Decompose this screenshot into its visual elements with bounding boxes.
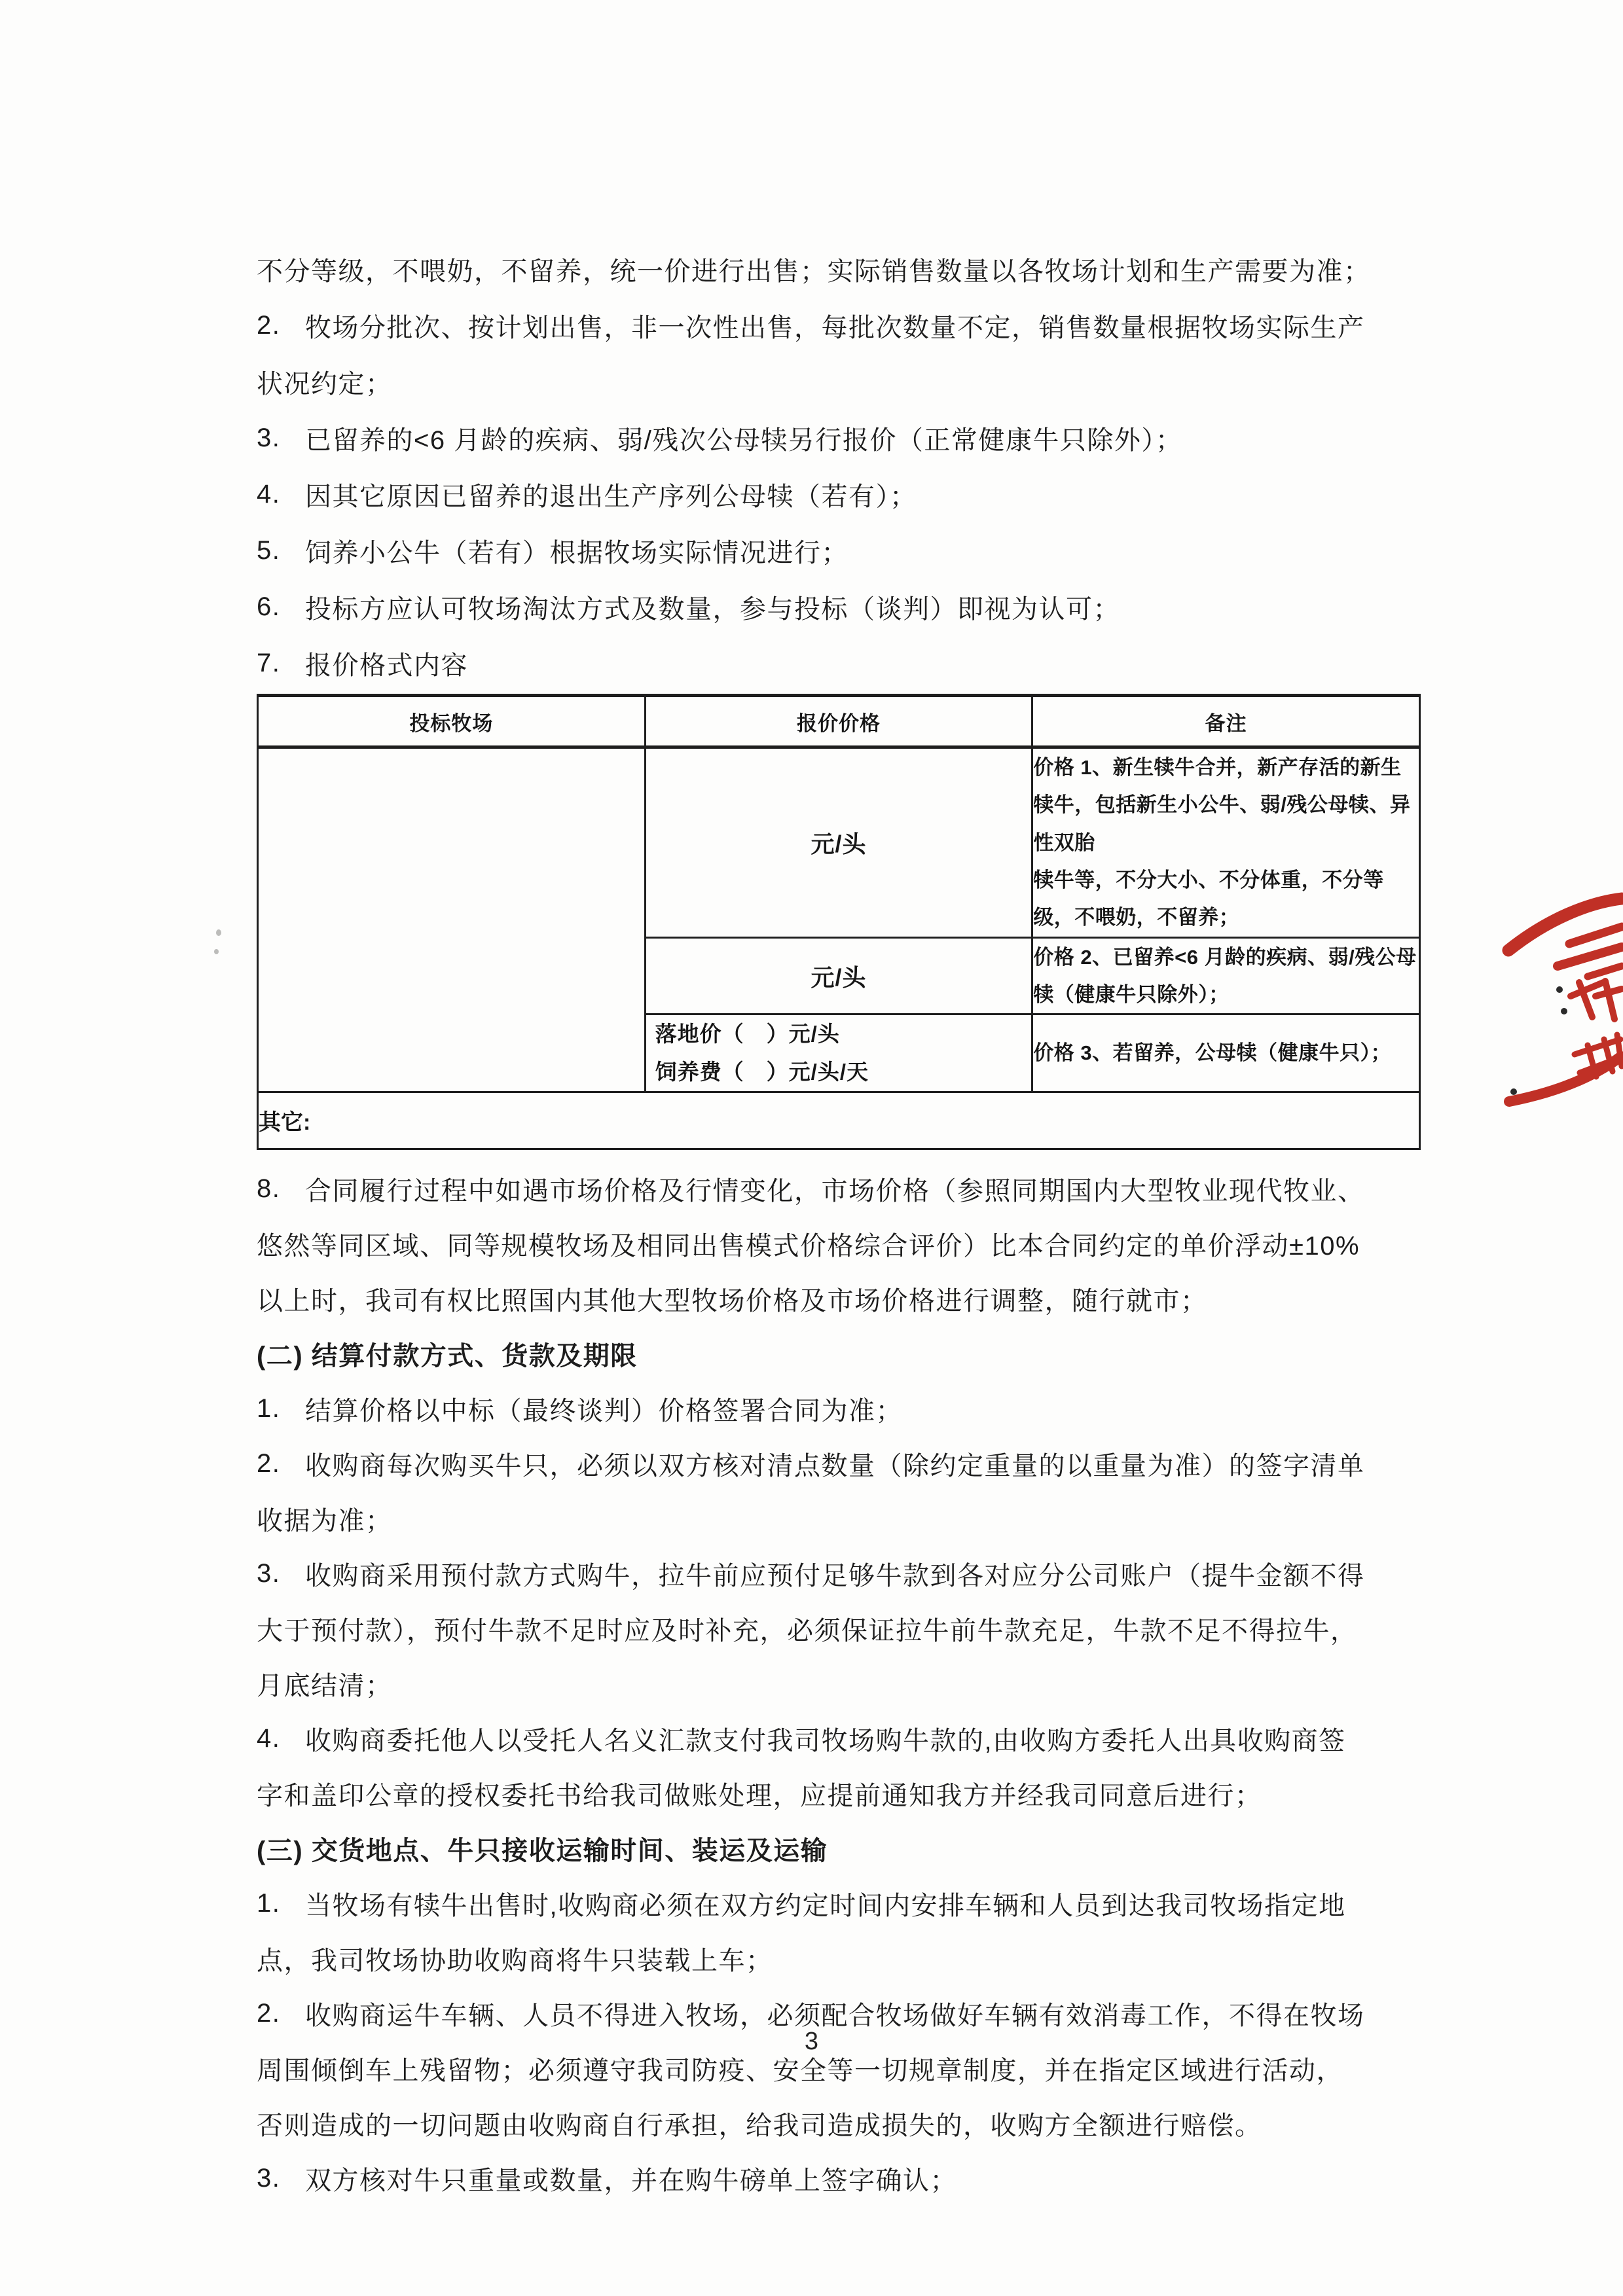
item-number: 6.: [257, 592, 305, 622]
line-text: 因其它原因已留养的退出生产序列公母犊（若有）；: [305, 476, 917, 513]
line-text: 合同履行过程中如遇市场价格及行情变化，市场价格（参照同期国内大型牧业现代牧业、: [305, 1170, 1365, 1208]
paragraph-line: 悠然等同区域、同等规模牧场及相同出售模式价格综合评价）比本合同约定的单价浮动±1…: [257, 1217, 1417, 1272]
paragraph-line: 2.收购商每次购买牛只，必须以双方核对清点数量（除约定重量的以重量为准）的签字清…: [257, 1437, 1417, 1492]
item-number: 1.: [257, 1394, 305, 1424]
item-number: 8.: [257, 1174, 305, 1204]
contract-body-text: 不分等级，不喂奶，不留养，统一价进行出售；实际销售数量以各牧场计划和生产需要为准…: [257, 241, 1417, 2206]
item-number: 3.: [257, 1559, 305, 1588]
price-cell: 元/头: [645, 747, 1032, 938]
line-text: 收购商委托他人以受托人名义汇款支付我司牧场购牛款的,由收购方委托人出具收购商签: [305, 1720, 1346, 1757]
paragraph-line: 2.牧场分批次、按计划出售，非一次性出售，每批次数量不定，销售数量根据牧场实际生…: [257, 297, 1417, 353]
item-number: 2.: [257, 1999, 305, 2028]
line-text: 结算价格以中标（最终谈判）价格签署合同为准；: [305, 1390, 903, 1427]
paragraph-line: 字和盖印公章的授权委托书给我司做账处理，应提前通知我方并经我司同意后进行；: [257, 1767, 1417, 1821]
line-text: 点，我司牧场协助收购商将牛只装载上车；: [257, 1940, 773, 1977]
price-cell-landed-price: 落地价（ ）元/头 饲养费（ ）元/头/天: [645, 1014, 1032, 1092]
paragraph-line: 收据为准；: [257, 1492, 1417, 1547]
line-text: 以上时，我司有权比照国内其他大型牧场价格及市场价格进行调整，随行就市；: [257, 1280, 1208, 1318]
note-cell: 价格 2、已留养<6 月龄的疾病、弱/残公母犊（健康牛只除外）；: [1032, 937, 1420, 1014]
line-text: 饲养小公牛（若有）根据牧场实际情况进行；: [305, 532, 848, 569]
line-text: 否则造成的一切问题由收购商自行承担，给我司造成损失的，收购方全额进行赔偿。: [257, 2105, 1262, 2142]
line-text: 月底结清；: [257, 1665, 393, 1702]
paragraph-line: 月底结清；: [257, 1657, 1417, 1712]
line-text: (三) 交货地点、牛只接收运输时间、装运及运输: [257, 1830, 828, 1867]
note-cell: 价格 1、新生犊牛合并，新产存活的新生犊牛，包括新生小公牛、弱/残公母犊、异性双…: [1032, 747, 1420, 938]
item-number: 4.: [257, 480, 305, 509]
paragraph-line: 否则造成的一切问题由收购商自行承担，给我司造成损失的，收购方全额进行赔偿。: [257, 2096, 1417, 2151]
line-text: 状况约定；: [257, 363, 393, 401]
item-number: 3.: [257, 2164, 305, 2193]
note-cell: 价格 3、若留养，公母犊（健康牛只）；: [1032, 1014, 1420, 1092]
line-text: 投标方应认可牧场淘汰方式及数量，参与投标（谈判）即视为认可；: [305, 588, 1120, 626]
paragraph-line: 7.报价格式内容: [257, 635, 1417, 691]
line-text: 双方核对牛只重量或数量，并在购牛磅单上签字确认；: [305, 2160, 957, 2197]
line-text: 收据为准；: [257, 1500, 393, 1537]
line-text: 报价格式内容: [305, 645, 468, 682]
table-footer-row: 其它:: [258, 1092, 1420, 1149]
paragraph-line: 点，我司牧场协助收购商将牛只装载上车；: [257, 1931, 1417, 1986]
paragraph-line: 6.投标方应认可牧场淘汰方式及数量，参与投标（谈判）即视为认可；: [257, 579, 1417, 635]
section-heading: (三) 交货地点、牛只接收运输时间、装运及运输: [257, 1821, 1417, 1876]
paragraph-line: 以上时，我司有权比照国内其他大型牧场价格及市场价格进行调整，随行就市；: [257, 1272, 1417, 1327]
scan-speck: [214, 949, 219, 954]
item-number: 4.: [257, 1724, 305, 1753]
line-text: 牧场分批次、按计划出售，非一次性出售，每批次数量不定，销售数量根据牧场实际生产: [305, 307, 1365, 344]
line-text: 不分等级，不喂奶，不留养，统一价进行出售；实际销售数量以各牧场计划和生产需要为准…: [257, 251, 1371, 288]
item-number: 5.: [257, 536, 305, 565]
paragraph-line: 4.收购商委托他人以受托人名义汇款支付我司牧场购牛款的,由收购方委托人出具收购商…: [257, 1712, 1417, 1767]
item-number: 1.: [257, 1889, 305, 1918]
line-text: 收购商采用预付款方式购牛，拉牛前应预付足够牛款到各对应分公司账户（提牛金额不得: [305, 1555, 1365, 1592]
paragraph-line: 状况约定；: [257, 353, 1417, 410]
item-number: 2.: [257, 311, 305, 340]
line-text: 大于预付款），预付牛款不足时应及时补充，必须保证拉牛前牛款充足，牛款不足不得拉牛…: [257, 1610, 1358, 1647]
table-header-note: 备注: [1032, 696, 1420, 747]
table-header-farm: 投标牧场: [258, 696, 646, 747]
item-number: 7.: [257, 649, 305, 678]
line-text: 收购商每次购买牛只，必须以双方核对清点数量（除约定重量的以重量为准）的签字清单: [305, 1445, 1365, 1482]
item-number: 3.: [257, 423, 305, 453]
page-number: 3: [0, 2028, 1623, 2056]
paragraph-line: 4.因其它原因已留养的退出生产序列公母犊（若有）；: [257, 466, 1417, 522]
paragraph-line: 1.结算价格以中标（最终谈判）价格签署合同为准；: [257, 1382, 1417, 1437]
section-heading: (二) 结算付款方式、货款及期限: [257, 1327, 1417, 1382]
paragraph-line: 8.合同履行过程中如遇市场价格及行情变化，市场价格（参照同期国内大型牧业现代牧业…: [257, 1162, 1417, 1217]
table-header-row: 投标牧场 报价价格 备注: [258, 696, 1420, 747]
farm-cell-empty: [258, 747, 646, 1092]
line-text: 已留养的<6 月龄的疾病、弱/残次公母犊另行报价（正常健康牛只除外）；: [305, 420, 1182, 457]
item-number: 2.: [257, 1449, 305, 1479]
line-text: 收购商运牛车辆、人员不得进入牧场，必须配合牧场做好车辆有效消毒工作，不得在牧场: [305, 1995, 1365, 2032]
paragraph-line: 大于预付款），预付牛款不足时应及时补充，必须保证拉牛前牛款充足，牛款不足不得拉牛…: [257, 1602, 1417, 1657]
table-header-price: 报价价格: [645, 696, 1032, 747]
scan-speck: [216, 929, 221, 936]
quote-format-table: 投标牧场 报价价格 备注 元/头 价格 1、新生犊牛合并，新产存活的新生犊牛，包…: [257, 694, 1421, 1150]
official-seal-stamp-fragment: [1492, 885, 1623, 1107]
paragraph-line: 3.收购商采用预付款方式购牛，拉牛前应预付足够牛款到各对应分公司账户（提牛金额不…: [257, 1547, 1417, 1602]
table-row: 元/头 价格 1、新生犊牛合并，新产存活的新生犊牛，包括新生小公牛、弱/残公母犊…: [258, 747, 1420, 938]
document-page: 不分等级，不喂奶，不留养，统一价进行出售；实际销售数量以各牧场计划和生产需要为准…: [0, 0, 1623, 2296]
line-text: 当牧场有犊牛出售时,收购商必须在双方约定时间内安排车辆和人员到达我司牧场指定地: [305, 1885, 1346, 1922]
paragraph-line: 3.双方核对牛只重量或数量，并在购牛磅单上签字确认；: [257, 2151, 1417, 2206]
paragraph-line: 5.饲养小公牛（若有）根据牧场实际情况进行；: [257, 522, 1417, 579]
paragraph-line: 1.当牧场有犊牛出售时,收购商必须在双方约定时间内安排车辆和人员到达我司牧场指定…: [257, 1876, 1417, 1931]
line-text: 字和盖印公章的授权委托书给我司做账处理，应提前通知我方并经我司同意后进行；: [257, 1775, 1262, 1812]
paragraph-line: 3.已留养的<6 月龄的疾病、弱/残次公母犊另行报价（正常健康牛只除外）；: [257, 410, 1417, 466]
line-text: (二) 结算付款方式、货款及期限: [257, 1335, 638, 1372]
paragraph-line: 不分等级，不喂奶，不留养，统一价进行出售；实际销售数量以各牧场计划和生产需要为准…: [257, 241, 1417, 297]
other-cell: 其它:: [258, 1092, 1420, 1149]
line-text: 悠然等同区域、同等规模牧场及相同出售模式价格综合评价）比本合同约定的单价浮动±1…: [257, 1225, 1360, 1263]
price-cell: 元/头: [645, 937, 1032, 1014]
